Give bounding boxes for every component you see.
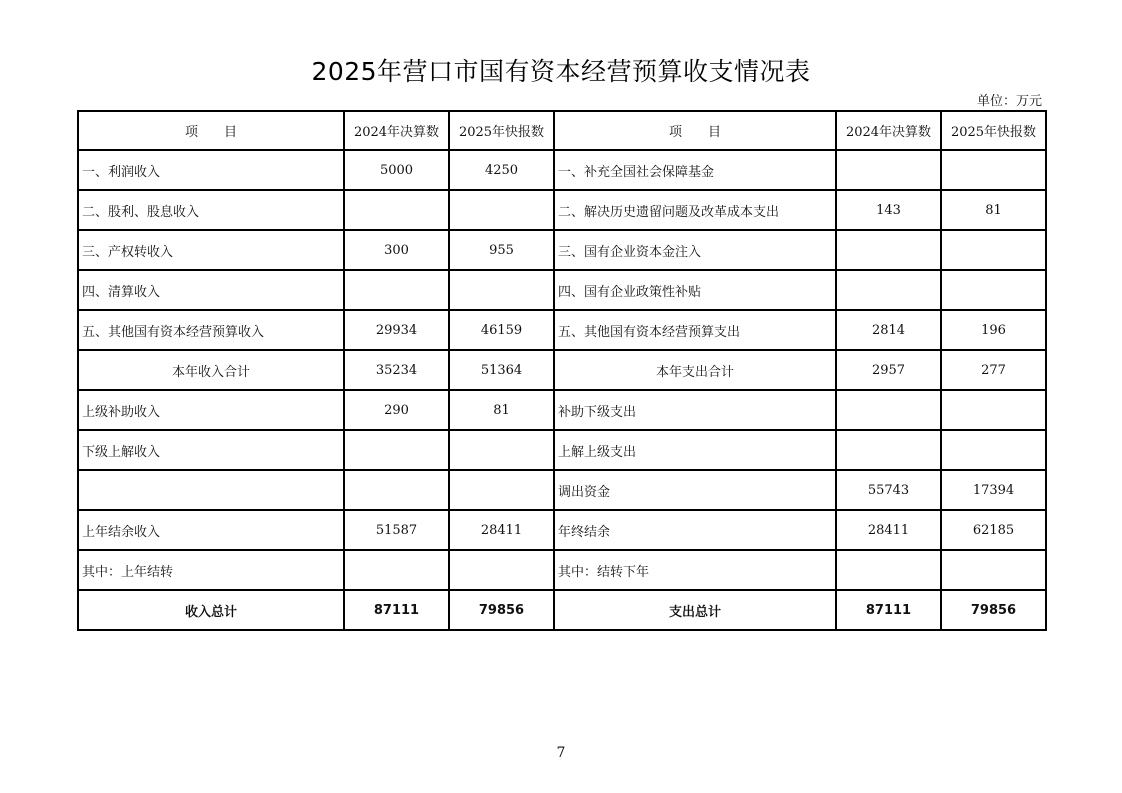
- income-total-2024: 87111: [344, 590, 449, 630]
- income-2025-header: 2025年快报数: [449, 111, 554, 150]
- expense-2025: [941, 550, 1046, 590]
- expense-2025: 277: [941, 350, 1046, 390]
- income-label: 二、股利、股息收入: [78, 190, 344, 230]
- income-item-header: 项 目: [78, 111, 344, 150]
- expense-2024: 2814: [836, 310, 941, 350]
- table-row: 下级上解收入 上解上级支出: [78, 430, 1046, 470]
- income-2024: 35234: [344, 350, 449, 390]
- expense-2025: 196: [941, 310, 1046, 350]
- table-row: 上年结余收入 51587 28411 年终结余 28411 62185: [78, 510, 1046, 550]
- expense-2024: [836, 430, 941, 470]
- income-2025: [449, 270, 554, 310]
- expense-item-header: 项 目: [554, 111, 836, 150]
- expense-2024: 28411: [836, 510, 941, 550]
- expense-2025: [941, 390, 1046, 430]
- expense-2024-header: 2024年决算数: [836, 111, 941, 150]
- income-2024: [344, 550, 449, 590]
- income-2024: [344, 430, 449, 470]
- expense-2025: 17394: [941, 470, 1046, 510]
- expense-label: 三、国有企业资本金注入: [554, 230, 836, 270]
- expense-2024: [836, 150, 941, 190]
- income-2024: [344, 470, 449, 510]
- page-title: 2025年营口市国有资本经营预算收支情况表: [0, 52, 1122, 88]
- expense-2025: 81: [941, 190, 1046, 230]
- expense-2024: [836, 270, 941, 310]
- expense-2024: [836, 230, 941, 270]
- expense-subtotal-label: 本年支出合计: [554, 350, 836, 390]
- unit-label: 单位：万元: [977, 90, 1042, 109]
- expense-label: 调出资金: [554, 470, 836, 510]
- grand-total-row: 收入总计 87111 79856 支出总计 87111 79856: [78, 590, 1046, 630]
- expense-2024: 55743: [836, 470, 941, 510]
- expense-label: 补助下级支出: [554, 390, 836, 430]
- income-2025: [449, 430, 554, 470]
- expense-2024: [836, 550, 941, 590]
- expense-2025: [941, 430, 1046, 470]
- income-label: 四、清算收入: [78, 270, 344, 310]
- expense-2025: [941, 230, 1046, 270]
- expense-label: 上解上级支出: [554, 430, 836, 470]
- income-subtotal-label: 本年收入合计: [78, 350, 344, 390]
- expense-2025-header: 2025年快报数: [941, 111, 1046, 150]
- income-2025: [449, 550, 554, 590]
- income-label: 其中：上年结转: [78, 550, 344, 590]
- income-2024: [344, 270, 449, 310]
- income-2024: 300: [344, 230, 449, 270]
- table-row: 四、清算收入 四、国有企业政策性补贴: [78, 270, 1046, 310]
- income-label: 上年结余收入: [78, 510, 344, 550]
- income-label: 下级上解收入: [78, 430, 344, 470]
- income-total-2025: 79856: [449, 590, 554, 630]
- expense-total-2025: 79856: [941, 590, 1046, 630]
- table-row: 调出资金 55743 17394: [78, 470, 1046, 510]
- income-label: 上级补助收入: [78, 390, 344, 430]
- subtotal-row: 本年收入合计 35234 51364 本年支出合计 2957 277: [78, 350, 1046, 390]
- expense-2024: [836, 390, 941, 430]
- income-2025: [449, 190, 554, 230]
- income-label: 五、其他国有资本经营预算收入: [78, 310, 344, 350]
- income-2024: [344, 190, 449, 230]
- expense-2024: 143: [836, 190, 941, 230]
- expense-2025: [941, 270, 1046, 310]
- income-2025: 51364: [449, 350, 554, 390]
- income-2025: 28411: [449, 510, 554, 550]
- income-2025: 955: [449, 230, 554, 270]
- income-label: [78, 470, 344, 510]
- income-2024: 29934: [344, 310, 449, 350]
- income-2025: 46159: [449, 310, 554, 350]
- expense-total-label: 支出总计: [554, 590, 836, 630]
- income-2025: 81: [449, 390, 554, 430]
- budget-table: 项 目 2024年决算数 2025年快报数 项 目 2024年决算数 2025年…: [77, 110, 1047, 631]
- table-row: 三、产权转收入 300 955 三、国有企业资本金注入: [78, 230, 1046, 270]
- table-row: 一、利润收入 5000 4250 一、补充全国社会保障基金: [78, 150, 1046, 190]
- income-2025: [449, 470, 554, 510]
- income-2024-header: 2024年决算数: [344, 111, 449, 150]
- expense-2025: 62185: [941, 510, 1046, 550]
- income-label: 三、产权转收入: [78, 230, 344, 270]
- income-2024: 51587: [344, 510, 449, 550]
- expense-total-2024: 87111: [836, 590, 941, 630]
- income-2024: 290: [344, 390, 449, 430]
- expense-2025: [941, 150, 1046, 190]
- income-total-label: 收入总计: [78, 590, 344, 630]
- table-row: 二、股利、股息收入 二、解决历史遗留问题及改革成本支出 143 81: [78, 190, 1046, 230]
- expense-label: 四、国有企业政策性补贴: [554, 270, 836, 310]
- table-row: 其中：上年结转 其中：结转下年: [78, 550, 1046, 590]
- table-row: 五、其他国有资本经营预算收入 29934 46159 五、其他国有资本经营预算支…: [78, 310, 1046, 350]
- income-label: 一、利润收入: [78, 150, 344, 190]
- expense-label: 二、解决历史遗留问题及改革成本支出: [554, 190, 836, 230]
- income-2024: 5000: [344, 150, 449, 190]
- expense-2024: 2957: [836, 350, 941, 390]
- expense-label: 年终结余: [554, 510, 836, 550]
- page-number: 7: [0, 745, 1122, 761]
- header-row: 项 目 2024年决算数 2025年快报数 项 目 2024年决算数 2025年…: [78, 111, 1046, 150]
- expense-label: 五、其他国有资本经营预算支出: [554, 310, 836, 350]
- expense-label: 其中：结转下年: [554, 550, 836, 590]
- income-2025: 4250: [449, 150, 554, 190]
- expense-label: 一、补充全国社会保障基金: [554, 150, 836, 190]
- table-row: 上级补助收入 290 81 补助下级支出: [78, 390, 1046, 430]
